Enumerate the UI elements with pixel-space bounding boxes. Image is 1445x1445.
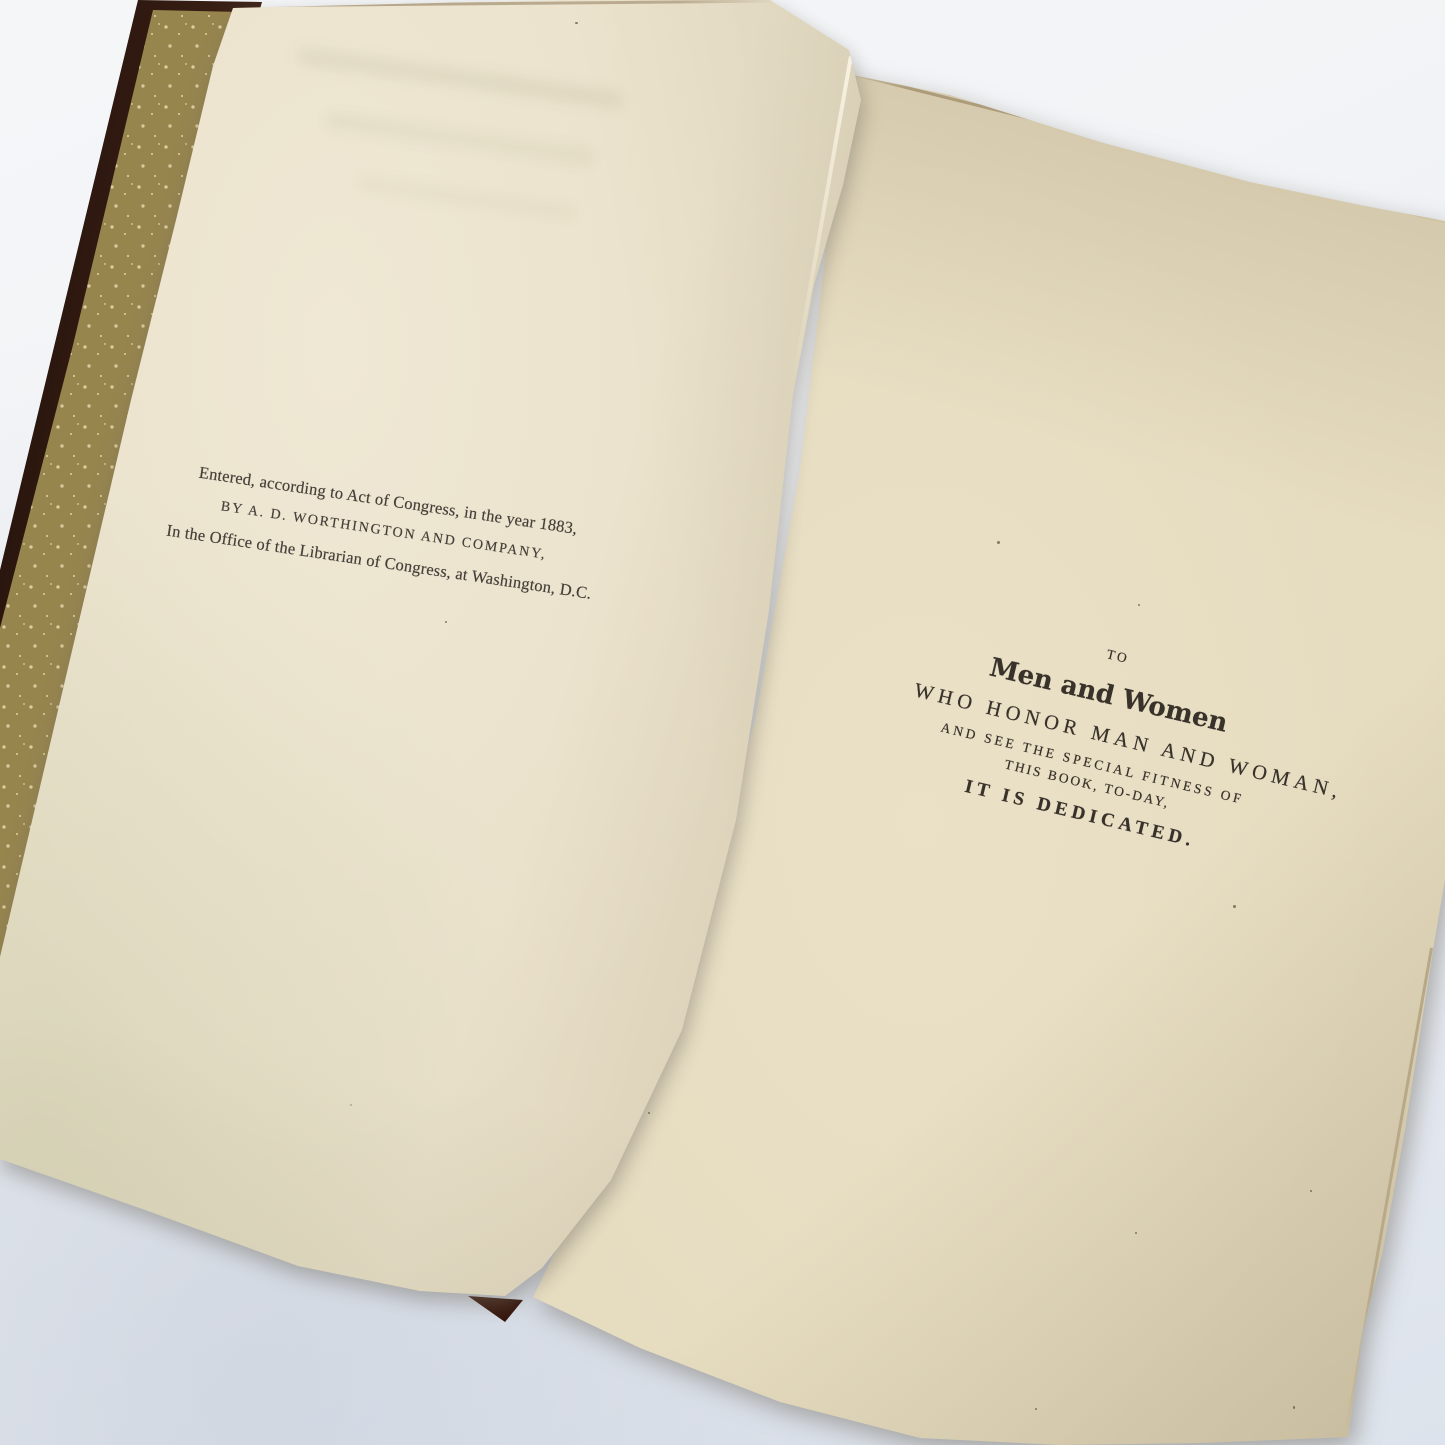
- show-through-smudge: [295, 47, 624, 109]
- page-curl-highlight: [790, 56, 853, 392]
- foxing-speck: [648, 1112, 650, 1114]
- dedication-text: TO Men and Women WHO HONOR MAN AND WOMAN…: [892, 604, 1304, 872]
- foxing-speck: [1135, 1232, 1137, 1234]
- foxing-speck: [350, 1104, 352, 1106]
- left-page-top-edge: [232, 0, 777, 7]
- show-through-smudge: [355, 177, 575, 220]
- foxing-speck: [1138, 604, 1140, 606]
- left-page-sheet: Entered, according to Act of Congress, i…: [0, 0, 880, 1335]
- foxing-speck: [1035, 1408, 1037, 1410]
- foxing-speck: [575, 22, 578, 24]
- left-page: Entered, according to Act of Congress, i…: [0, 0, 880, 1335]
- right-page-right-edge: [1344, 948, 1433, 1437]
- right-page-top-edge: [837, 69, 1445, 225]
- foxing-speck: [445, 621, 447, 623]
- show-through-smudge: [325, 113, 594, 164]
- foxing-speck: [1293, 1406, 1295, 1409]
- copyright-text: Entered, according to Act of Congress, i…: [145, 454, 623, 609]
- foxing-speck: [997, 541, 1000, 544]
- book-photograph: TO Men and Women WHO HONOR MAN AND WOMAN…: [0, 0, 1445, 1445]
- foxing-speck: [1233, 905, 1236, 908]
- foxing-speck: [1310, 1190, 1312, 1192]
